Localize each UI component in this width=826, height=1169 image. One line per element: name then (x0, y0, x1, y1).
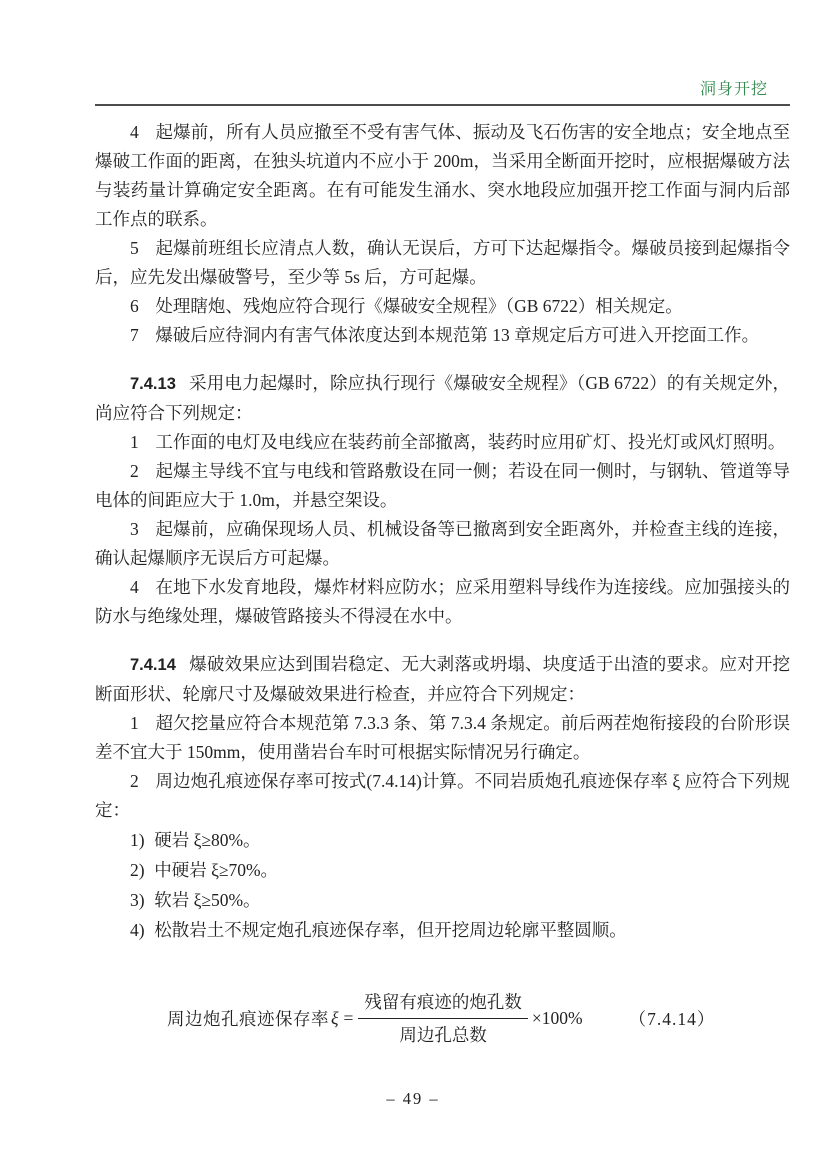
section-number: 7.4.13 (130, 375, 176, 393)
subitem-number: 1) (130, 830, 145, 850)
subitem-text: 松散岩土不规定炮孔痕迹保存率，但开挖周边轮廓平整圆顺。 (154, 920, 627, 940)
section-7-4-13-item-4: 4在地下水发育地段，爆炸材料应防水；应采用塑料导线作为连接线。应加强接头的防水与… (95, 573, 790, 631)
subitem-1-hard-rock: 1)硬岩 ξ≥80%。 (95, 825, 790, 855)
item-number: 1 (130, 432, 139, 452)
section-7-4-13-item-1: 1工作面的电灯及电线应在装药前全部撤离，装药时应用矿灯、投光灯或风灯照明。 (95, 428, 790, 457)
running-head-section-title: 洞身开挖 (700, 76, 768, 99)
subitem-text: 中硬岩 ξ≥70%。 (154, 860, 278, 880)
formula-fraction: 残留有痕迹的炮孔数 周边孔总数 (358, 987, 528, 1050)
document-page: 洞身开挖 4起爆前，所有人员应撤至不受有害气体、振动及飞石伤害的安全地点；安全地… (95, 0, 790, 1050)
item-number: 2 (130, 771, 139, 791)
section-7-4-13: 7.4.13采用电力起爆时，除应执行现行《爆破安全规程》（GB 6722）的有关… (95, 369, 790, 428)
item-text: 起爆主导线不宜与电线和管路敷设在同一侧；若设在同一侧时，与钢轨、管道等导电体的间… (95, 461, 790, 510)
formula-multiplier: ×100% (532, 1008, 583, 1029)
item-number: 3 (130, 519, 139, 539)
subitem-number: 4) (130, 920, 145, 940)
formula-numerator: 残留有痕迹的炮孔数 (358, 987, 528, 1019)
clause-7: 7爆破后应待洞内有害气体浓度达到本规范第 13 章规定后方可进入开挖面工作。 (95, 321, 790, 350)
formula-lhs-label: 周边炮孔痕迹保存率 (167, 1006, 329, 1031)
item-number: 4 (130, 577, 139, 597)
clause-number: 4 (130, 122, 139, 142)
section-7-4-14: 7.4.14爆破效果应达到围岩稳定、无大剥落或坍塌、块度适于出渣的要求。应对开挖… (95, 650, 790, 709)
subitem-3-soft-rock: 3)软岩 ξ≥50%。 (95, 885, 790, 915)
page-number: – 49 – (0, 1089, 826, 1109)
formula-equals-sign: = (344, 1008, 354, 1029)
page-content: 4起爆前，所有人员应撤至不受有害气体、振动及飞石伤害的安全地点；安全地点至爆破工… (95, 106, 790, 1050)
clause-text: 爆破后应待洞内有害气体浓度达到本规范第 13 章规定后方可进入开挖面工作。 (155, 325, 759, 345)
item-text: 超欠挖量应符合本规范第 7.3.3 条、第 7.3.4 条规定。前后两茬炮衔接段… (95, 713, 790, 762)
section-number: 7.4.14 (130, 656, 176, 674)
subitem-number: 3) (130, 890, 145, 910)
section-intro-text: 采用电力起爆时，除应执行现行《爆破安全规程》（GB 6722）的有关规定外，尚应… (95, 373, 790, 423)
clause-5: 5起爆前班组长应清点人数，确认无误后，方可下达起爆指令。爆破员接到起爆指令后，应… (95, 234, 790, 292)
subitem-4-loose-rock: 4)松散岩土不规定炮孔痕迹保存率，但开挖周边轮廓平整圆顺。 (95, 915, 790, 945)
formula-equation-number: （7.4.14） (629, 1006, 716, 1031)
clause-text: 处理瞎炮、残炮应符合现行《爆破安全规程》（GB 6722）相关规定。 (155, 296, 682, 316)
item-text: 起爆前，应确保现场人员、机械设备等已撤离到安全距离外，并检查主线的连接，确认起爆… (95, 519, 790, 568)
subitem-text: 软岩 ξ≥50%。 (154, 890, 260, 910)
section-7-4-14-item-1: 1超欠挖量应符合本规范第 7.3.3 条、第 7.3.4 条规定。前后两茬炮衔接… (95, 709, 790, 767)
clause-text: 起爆前，所有人员应撤至不受有害气体、振动及飞石伤害的安全地点；安全地点至爆破工作… (95, 122, 790, 229)
section-intro-text: 爆破效果应达到围岩稳定、无大剥落或坍塌、块度适于出渣的要求。应对开挖断面形状、轮… (95, 654, 790, 704)
item-text: 周边炮孔痕迹保存率可按式(7.4.14)计算。不同岩质炮孔痕迹保存率 ξ 应符合… (95, 771, 790, 820)
section-7-4-13-item-3: 3起爆前，应确保现场人员、机械设备等已撤离到安全距离外，并检查主线的连接，确认起… (95, 515, 790, 573)
subitem-2-medium-hard-rock: 2)中硬岩 ξ≥70%。 (95, 855, 790, 885)
page-header: 洞身开挖 (95, 0, 790, 106)
clause-number: 6 (130, 296, 139, 316)
clause-6: 6处理瞎炮、残炮应符合现行《爆破安全规程》（GB 6722）相关规定。 (95, 292, 790, 321)
formula-7-4-14: 周边炮孔痕迹保存率ξ= 残留有痕迹的炮孔数 周边孔总数 ×100% （7.4.1… (167, 987, 790, 1050)
subitem-number: 2) (130, 860, 145, 880)
item-text: 在地下水发育地段，爆炸材料应防水；应采用塑料导线作为连接线。应加强接头的防水与绝… (95, 577, 790, 626)
subitem-text: 硬岩 ξ≥80%。 (154, 830, 260, 850)
clause-number: 7 (130, 325, 139, 345)
clause-number: 5 (130, 238, 139, 258)
item-text: 工作面的电灯及电线应在装药前全部撤离，装药时应用矿灯、投光灯或风灯照明。 (155, 432, 785, 452)
clause-text: 起爆前班组长应清点人数，确认无误后，方可下达起爆指令。爆破员接到起爆指令后，应先… (95, 238, 790, 287)
clause-4: 4起爆前，所有人员应撤至不受有害气体、振动及飞石伤害的安全地点；安全地点至爆破工… (95, 118, 790, 234)
formula-denominator: 周边孔总数 (399, 1019, 487, 1050)
section-7-4-13-item-2: 2起爆主导线不宜与电线和管路敷设在同一侧；若设在同一侧时，与钢轨、管道等导电体的… (95, 457, 790, 515)
item-number: 2 (130, 461, 139, 481)
section-7-4-14-item-2: 2周边炮孔痕迹保存率可按式(7.4.14)计算。不同岩质炮孔痕迹保存率 ξ 应符… (95, 767, 790, 825)
item-number: 1 (130, 713, 139, 733)
formula-xi-symbol: ξ (331, 1008, 339, 1029)
